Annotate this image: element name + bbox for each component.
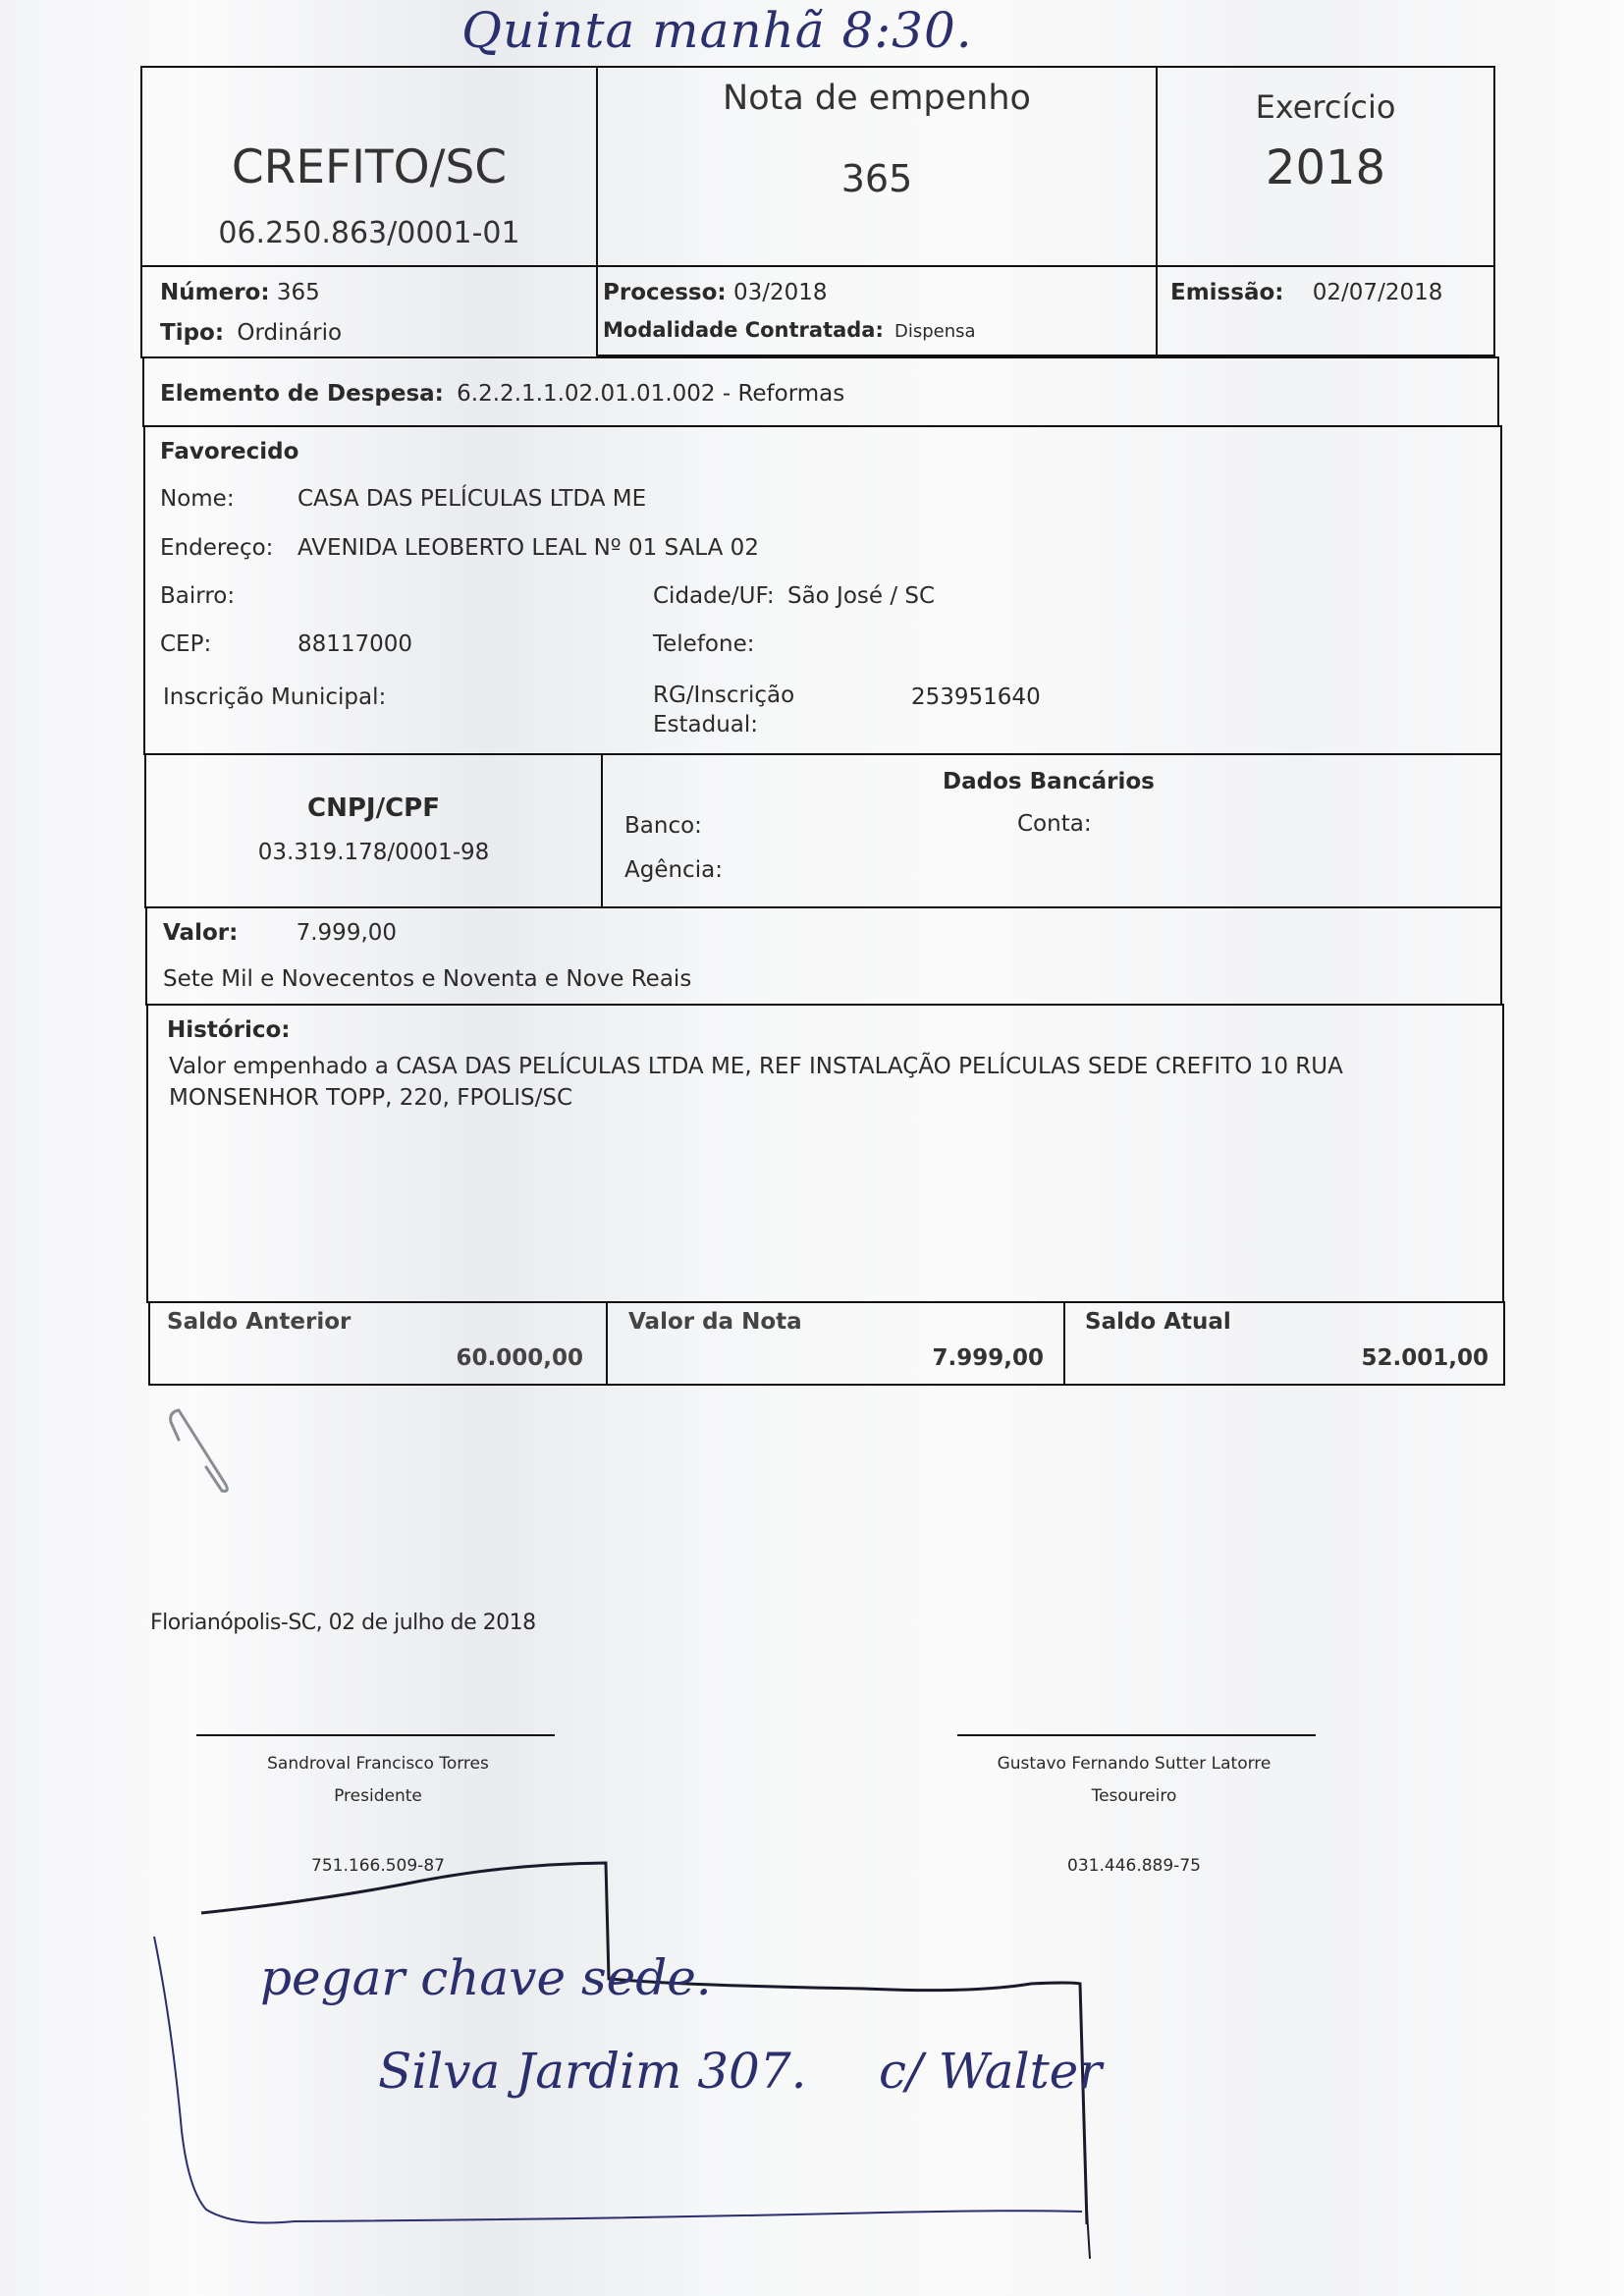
handwritten-note-line1: pegar chave sede. [260,1949,712,2006]
handwritten-note-line2: Silva Jardim 307. [378,2043,807,2100]
handwritten-note-line3: c/ Walter [879,2043,1102,2100]
handwritten-note-outline [0,0,1624,2296]
